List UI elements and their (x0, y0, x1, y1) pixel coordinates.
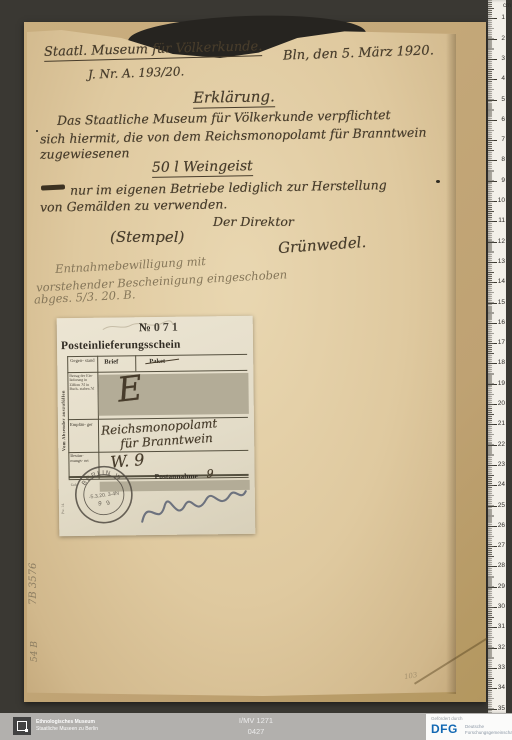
acceptance-label: Postannahme (155, 471, 198, 481)
ruler-cm-number: 16 (498, 320, 505, 326)
ruler-cm-number: 3 (501, 56, 505, 62)
ink-speck (36, 130, 38, 132)
ruler-cm-number: 34 (498, 685, 505, 691)
dfg-logo: DFG (431, 722, 458, 736)
receipt-title: Posteinlieferungsschein (61, 339, 181, 352)
letter-title: Erklärung. (193, 87, 275, 108)
ruler-cm-tick (488, 160, 497, 161)
ruler-cm-number: 25 (498, 503, 505, 509)
ruler-cm-number: 11 (498, 218, 505, 224)
ruler-cm-number: 32 (498, 645, 505, 651)
ruler-cm-number: 31 (498, 624, 505, 630)
col-brief: Brief (104, 358, 118, 365)
ruler-cm-tick (488, 242, 497, 243)
receipt-number: № 071 (139, 320, 181, 336)
ruler-cm-number: 28 (498, 563, 505, 569)
archive-scan-viewer: Staatl. Museum für Völkerkunde. Bln, den… (0, 0, 512, 740)
ruler-cm-tick (488, 303, 497, 304)
ruler-cm-number: 30 (498, 604, 505, 610)
postmark-bottom: 9 9 (97, 498, 113, 508)
ruler-cm-number: 14 (498, 279, 505, 285)
row1-label: Gegen- stand (70, 358, 96, 364)
receipt-number-label: № (139, 320, 151, 334)
receipt-number-value: 071 (154, 320, 181, 334)
measurement-ruler: 1234567891011121314151617181920212223242… (488, 0, 506, 713)
ruler-cm-tick (488, 39, 497, 40)
ruler-cm-number: 17 (498, 340, 505, 346)
ruler-cm-tick (488, 282, 497, 283)
ruler-cm-tick (488, 323, 497, 324)
ruler-cm-number: 12 (498, 239, 505, 245)
ruler-cm-tick (488, 59, 497, 60)
ruler-cm-tick (488, 343, 497, 344)
ruler-unit-label: cm (503, 3, 511, 9)
ruler-cm-tick (488, 526, 497, 527)
ruler-cm-tick (488, 424, 497, 425)
row2-value: E (115, 368, 144, 411)
ruler-cm-number: 20 (498, 401, 505, 407)
ruler-cm-tick (488, 587, 497, 588)
acceptance-value: 9 (207, 467, 214, 480)
ruler-cm-tick (488, 709, 497, 710)
ruler-cm-number: 2 (501, 36, 505, 42)
row2-label: Betrag der Ein- lieferung in Ziffern ℳ i… (69, 374, 96, 392)
ruler-cm-tick (488, 201, 497, 202)
ruler-cm-number: 15 (498, 300, 505, 306)
ruler-cm-tick (488, 546, 497, 547)
ruler-cm-tick (488, 384, 497, 385)
letter-amount: 50 l Weingeist (152, 158, 253, 178)
table-rule (68, 450, 248, 453)
ruler-cm-number: 26 (498, 523, 505, 529)
ruler-cm-tick (488, 100, 497, 101)
ruler-cm-number: 33 (498, 665, 505, 671)
dfg-org-line: Forschungsgemeinschaft (465, 730, 512, 735)
ruler-cm-number: 8 (501, 157, 505, 163)
ruler-cm-number: 27 (498, 543, 505, 549)
postal-receipt: № 071 Posteinlieferungsschein Vom Absend… (57, 316, 256, 536)
ruler-cm-tick (488, 566, 497, 567)
ruler-cm-tick (488, 627, 497, 628)
margin-note: 54 B (30, 641, 40, 662)
ruler-cm-tick (488, 648, 497, 649)
ruler-cm-tick (488, 363, 497, 364)
ruler-cm-tick (488, 668, 497, 669)
ink-speck (436, 180, 440, 183)
ruler-cm-number: 1 (501, 15, 505, 21)
ruler-cm-tick (488, 506, 497, 507)
ruler-cm-tick (488, 404, 497, 405)
receipt-form-note: Pw. 14. (61, 503, 65, 514)
ruler-cm-tick (488, 140, 497, 141)
row3-label: Empfän- ger (70, 422, 96, 427)
receipt-side-label: Vom Absender auszufüllen (61, 390, 67, 451)
row4-label: Bestim- mungs- ort (70, 454, 96, 464)
ruler-cm-number: 22 (498, 442, 505, 448)
ruler-cm-number: 29 (498, 584, 505, 590)
ruler-cm-number: 18 (498, 360, 505, 366)
dfg-funding-box: Gefördert durch DFG Deutsche Forschungsg… (426, 714, 512, 740)
ruler-cm-tick (488, 485, 497, 486)
ruler-cm-number: 10 (498, 198, 505, 204)
margin-note: 7B 3576 (28, 563, 39, 605)
paper-crease (446, 34, 456, 694)
ruler-cm-number: 4 (501, 76, 505, 82)
svg-text:9 9: 9 9 (97, 498, 113, 508)
table-rule (67, 354, 247, 357)
ruler-cm-tick (488, 465, 497, 466)
row4-value: W. 9 (110, 450, 145, 472)
ruler-cm-number: 35 (498, 706, 505, 712)
postmark-date: -5.3.20. 3-4N (89, 491, 120, 501)
ruler-cm-number: 6 (501, 117, 505, 123)
stamp-note: (Stempel) (110, 228, 184, 246)
ruler-cm-tick (488, 221, 497, 222)
ruler-cm-number: 13 (498, 259, 505, 265)
ruler-cm-tick (488, 445, 497, 446)
letter-signoff: Der Direktor (213, 214, 294, 229)
ruler-cm-number: 21 (498, 421, 505, 427)
ruler-cm-tick (488, 262, 497, 263)
ruler-cm-tick (488, 18, 497, 19)
ruler-cm-number: 23 (498, 462, 505, 468)
ruler-cm-number: 7 (501, 137, 505, 143)
ruler-cm-tick (488, 181, 497, 182)
ruler-cm-number: 5 (501, 97, 505, 103)
ruler-cm-number: 24 (498, 482, 505, 488)
ruler-cm-tick (488, 607, 497, 608)
funding-label: Gefördert durch (431, 716, 463, 721)
ruler-cm-number: 9 (501, 178, 505, 184)
ruler-cm-number: 19 (498, 381, 505, 387)
letter-line: zugewiesenen (40, 145, 130, 162)
ruler-cm-tick (488, 120, 497, 121)
ruler-cm-tick (488, 688, 497, 689)
ruler-cm-tick (488, 79, 497, 80)
dfg-org-line: Deutsche (465, 724, 484, 729)
